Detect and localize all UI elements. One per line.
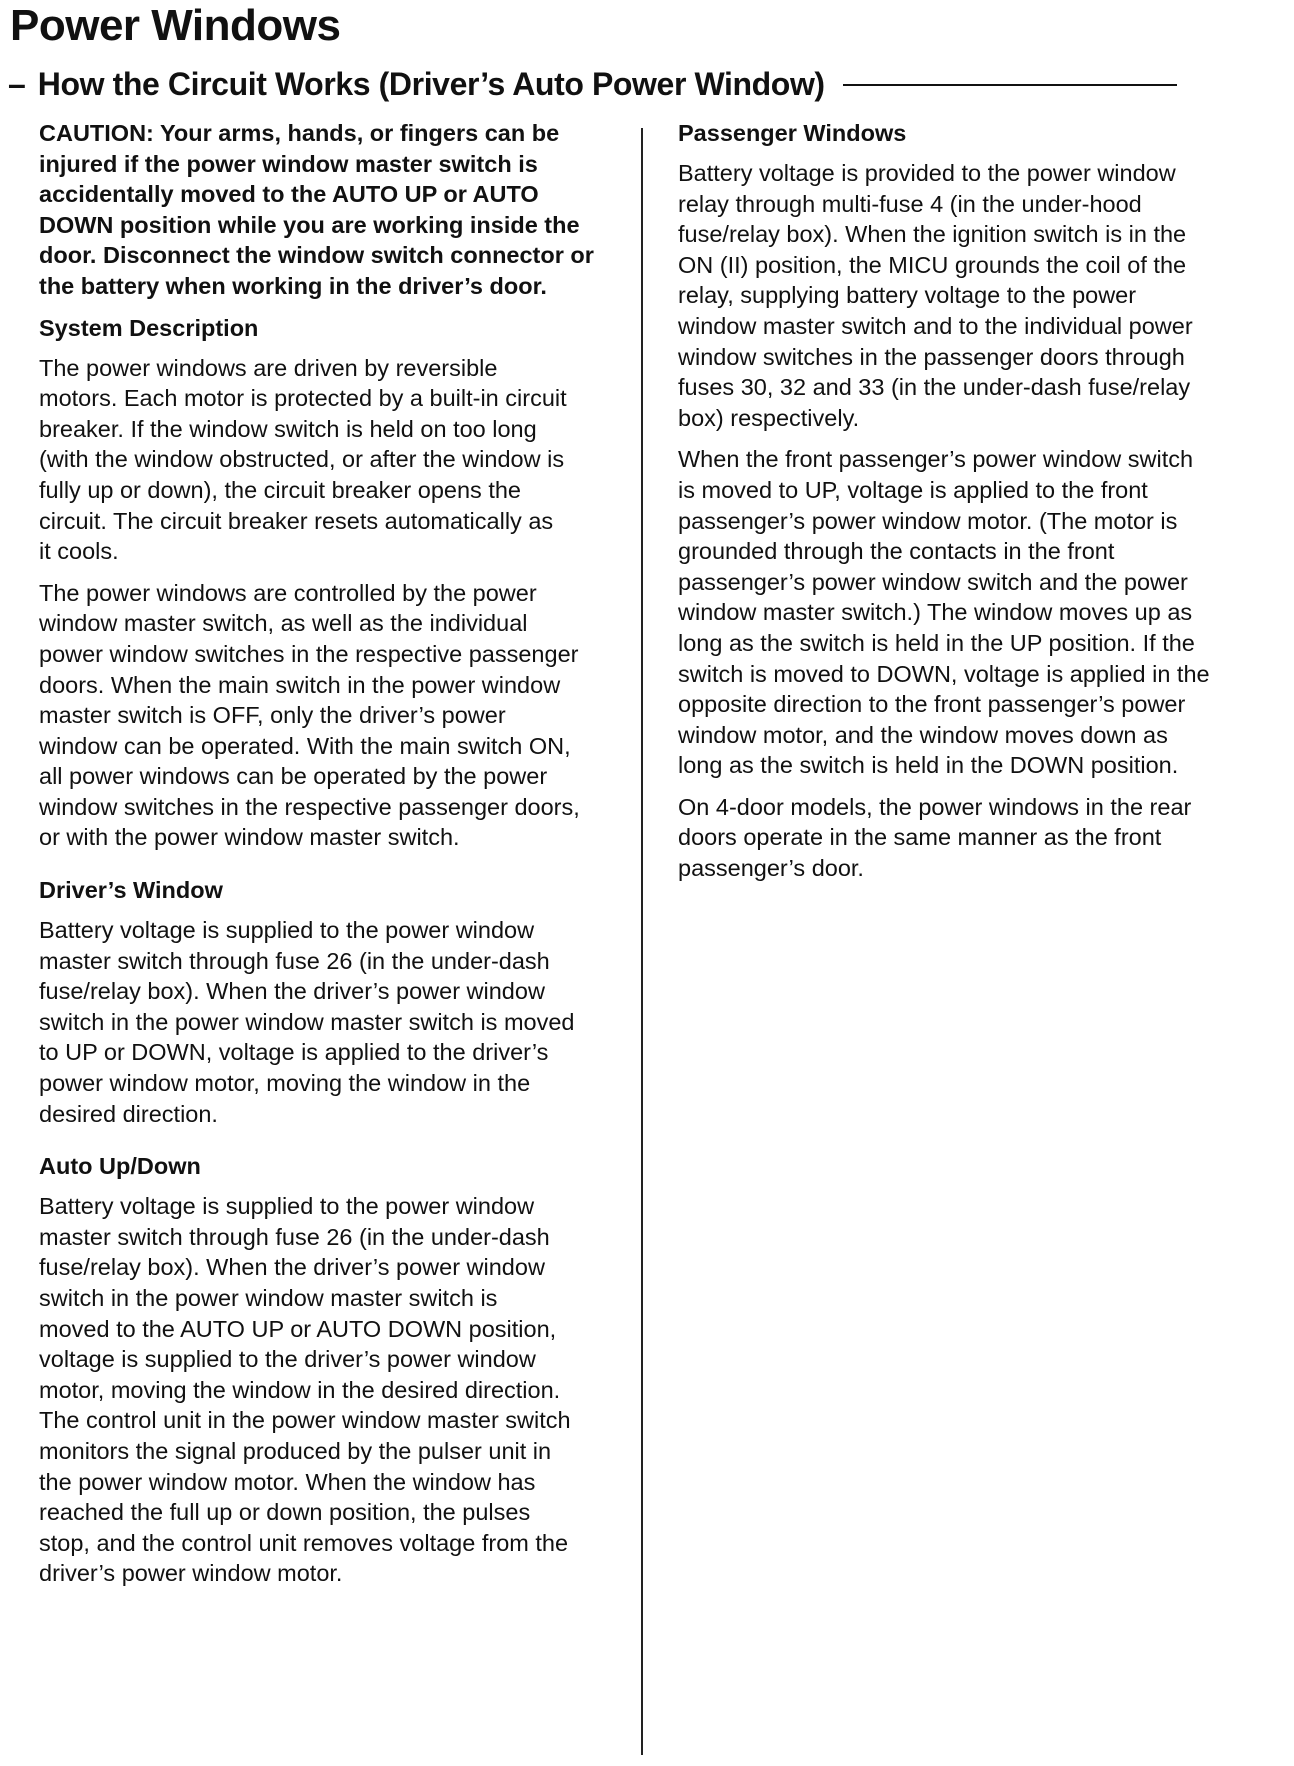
system-description-paragraph-1: The power windows are driven by reversib… bbox=[39, 353, 639, 567]
section-header: – How the Circuit Works (Driver’s Auto P… bbox=[8, 62, 1288, 106]
passenger-windows-paragraph-2: When the front passenger’s power window … bbox=[678, 444, 1278, 781]
caution-notice: CAUTION: Your arms, hands, or fingers ca… bbox=[39, 118, 639, 302]
passenger-windows-paragraph-3: On 4-door models, the power windows in t… bbox=[678, 792, 1278, 884]
left-column: CAUTION: Your arms, hands, or fingers ca… bbox=[39, 118, 639, 1600]
section-rule-divider bbox=[843, 84, 1177, 86]
passenger-windows-heading: Passenger Windows bbox=[678, 118, 1278, 148]
column-divider bbox=[641, 128, 643, 1755]
section-dash: – bbox=[8, 64, 26, 104]
system-description-paragraph-2: The power windows are controlled by the … bbox=[39, 578, 639, 853]
right-column: Passenger Windows Battery voltage is pro… bbox=[678, 118, 1278, 895]
drivers-window-paragraph: Battery voltage is supplied to the power… bbox=[39, 915, 639, 1129]
section-title: How the Circuit Works (Driver’s Auto Pow… bbox=[38, 64, 825, 104]
page-title: Power Windows bbox=[10, 0, 340, 52]
auto-up-down-paragraph: Battery voltage is supplied to the power… bbox=[39, 1191, 639, 1589]
passenger-windows-paragraph-1: Battery voltage is provided to the power… bbox=[678, 158, 1278, 433]
auto-up-down-heading: Auto Up/Down bbox=[39, 1151, 639, 1181]
drivers-window-heading: Driver’s Window bbox=[39, 875, 639, 905]
system-description-heading: System Description bbox=[39, 313, 639, 343]
